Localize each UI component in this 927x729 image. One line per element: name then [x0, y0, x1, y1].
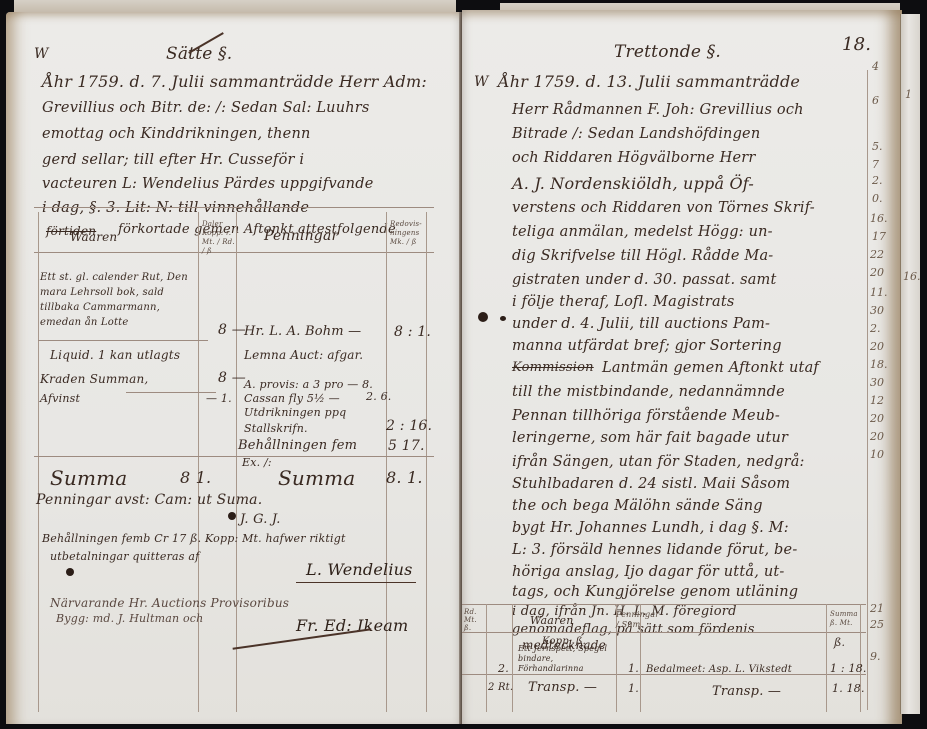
left-sum-value: 8 1. — [180, 468, 211, 487]
right-row-2-total: 1 : 18. — [830, 662, 867, 675]
margin-num: 21 — [870, 602, 884, 615]
left-row-6-payment: Stallskrifn. — [244, 422, 308, 435]
left-table-col-2 — [236, 212, 237, 712]
right-table-col-5 — [826, 604, 827, 712]
left-row-2-payment: Lemna Auct: afgar. — [244, 348, 364, 362]
right-line-10: i följe theraf, Lofl. Magistrats — [512, 294, 735, 310]
left-row-4-total: 2. 6. — [366, 390, 392, 403]
fore-edge-mark: 16. — [903, 270, 921, 283]
right-line-12: manna utfärdat bref; gjor Sortering — [512, 338, 782, 354]
ink-blot-1 — [228, 512, 236, 520]
left-table-header-waaren: Waaren — [70, 230, 117, 244]
left-row-3-amount: 8 — — [218, 370, 246, 386]
right-table-col-1 — [486, 604, 487, 712]
left-row-4-rule — [126, 392, 216, 393]
left-row-4-payment: Cassan fly 5½ — — [244, 392, 340, 405]
right-line-2: Herr Rådmannen F. Joh: Grevillius och — [512, 102, 804, 118]
right-line-5: A. J. Nordenskiöldh, uppå Öf- — [512, 174, 754, 193]
right-page: Trettonde §. 18. W Åhr 1759. d. 13. Juli… — [462, 10, 902, 724]
signature-wendelius: L. Wendelius — [306, 560, 413, 579]
right-line-17: ifrån Sängen, utan för Staden, nedgrå: — [512, 454, 805, 470]
left-row-2-item: Liquid. 1 kan utlagts — [50, 348, 180, 362]
margin-num: 4 — [872, 60, 879, 73]
left-row-3-payment: A. provis: a 3 pro — 8. — [244, 378, 373, 391]
margin-num: 30 — [870, 304, 884, 317]
margin-num: 20 — [870, 340, 884, 353]
left-line-7: förkortade gemen Aftonkt attestfolgende — [118, 222, 396, 237]
left-table-col-3 — [386, 212, 387, 712]
right-line-16: leringerne, som här fait bagade utur — [512, 430, 788, 446]
right-line-13: Lantmän gemen Aftonkt utaf — [602, 360, 819, 376]
right-sum-label: Summa — [278, 466, 355, 490]
margin-num: 25 — [870, 618, 884, 631]
right-sum-value: 8. 1. — [386, 468, 423, 487]
left-row-3-item: Kraden Summan, — [40, 372, 148, 386]
right-row-3-amount: 1. — [628, 682, 639, 695]
margin-num: 0. — [872, 192, 883, 205]
right-row-3-col0: 2 Rt. — [488, 682, 513, 693]
right-row-3-total: 1. 18. — [832, 682, 865, 695]
left-row-1-payment: Hr. L. A. Bohm — — [244, 324, 361, 339]
left-row-5-payment: Utdrikningen ppq — [244, 406, 346, 419]
left-page: W Sätte §. Åhr 1759. d. 7. Julii sammant… — [6, 12, 461, 724]
margin-num: 5. — [872, 140, 883, 153]
left-table-header-penningar: Penningar — [264, 228, 338, 244]
margin-num: 16. — [870, 212, 888, 225]
left-line-2: Grevillius och Bitr. de: /: Sedan Sal: L… — [42, 100, 370, 116]
left-sum-label: Summa — [50, 466, 127, 490]
right-line-23: tags, och Kungjörelse genom utläning — [512, 584, 798, 600]
right-table-col-2 — [512, 604, 513, 712]
left-line-6: i dag, §. 3. Lit: N: till vinnehållande — [42, 200, 309, 216]
margin-num: 20 — [870, 266, 884, 279]
left-table-header-redovisning: Redovis- ningens Mk. / ß — [390, 220, 426, 247]
right-row-3-payment: Transp. — — [712, 684, 781, 699]
ink-blot-4 — [500, 316, 506, 321]
left-row-1-total: 8 : 1. — [394, 324, 431, 340]
fore-edge-pages: 1 16. — [900, 14, 920, 714]
left-corner-mark: W — [34, 46, 49, 62]
fore-edge-mark: 1 — [905, 88, 912, 101]
margin-num: 2. — [870, 322, 881, 335]
left-table-col-0 — [38, 212, 39, 712]
closing-line-3: Behållningen femb Cr 17 ß. Kopp: Mt. haf… — [42, 532, 346, 545]
right-line-20: bygt Hr. Johannes Lundh, i dag §. M: — [512, 520, 789, 536]
right-struck-phrase: Kommission — [512, 360, 594, 375]
right-line-22: höriga anslag, Ijo dagar för uttå, ut- — [512, 564, 785, 580]
closing-line-2: J. G. J. — [240, 512, 281, 527]
right-line-9: gistraten under d. 30. passat. samt — [512, 272, 777, 288]
right-row-2-item: Ett Jernspett, Spegel bindare, Förhandla… — [518, 644, 614, 674]
margin-num: 10 — [870, 448, 884, 461]
right-table-header-penningar: Penningar / Sum — [616, 610, 656, 630]
closing-line-1: Penningar avst: Cam: ut Suma. — [36, 492, 262, 508]
right-row-1-total: ß. — [834, 636, 845, 649]
left-line-5: vacteuren L: Wendelius Pärdes uppgifvand… — [42, 176, 373, 192]
left-row-7-total: 5 17. — [388, 438, 425, 454]
margin-num: 30 — [870, 376, 884, 389]
right-line-6: verstens och Riddaren von Törnes Skrif- — [512, 200, 815, 216]
right-line-14: till the mistbindande, nedannämnde — [512, 384, 785, 400]
left-line-1: Åhr 1759. d. 7. Julii sammanträdde Herr … — [42, 72, 427, 91]
left-line-4: gerd sellar; till efter Hr. Cusseför i — [42, 152, 304, 168]
ink-blot-2 — [66, 568, 74, 576]
right-page-heading: Trettonde §. — [614, 42, 721, 62]
page-number: 18. — [842, 34, 871, 55]
right-row-3-item: Transp. — — [528, 680, 597, 695]
right-row-2-col0: 2. — [498, 662, 509, 675]
right-row-2-amount: 1. — [628, 662, 639, 675]
right-corner-mark: W — [474, 74, 489, 90]
margin-num: 9. — [870, 650, 881, 663]
right-table-header-rd: Rd. Mt. ß. — [464, 608, 486, 632]
left-table-top-rule — [34, 207, 434, 208]
left-row-1-item: Ett st. gl. calender Rut, Den mara Lehrs… — [40, 270, 198, 330]
right-line-21: L: 3. försäld hennes lidande förut, be- — [512, 542, 797, 558]
right-line-11: under d. 4. Julii, till auctions Pam- — [512, 316, 770, 332]
left-row-7-payment: Behållningen fem — [238, 438, 357, 453]
margin-num: 12 — [870, 394, 884, 407]
margin-num: 20 — [870, 412, 884, 425]
signature-flourish — [296, 582, 416, 583]
right-line-15: Pennan tillhöriga förstående Meub- — [512, 408, 780, 424]
right-line-19: the och bega Mälöhn sände Säng — [512, 498, 763, 514]
right-line-18: Stuhlbadaren d. 24 sistl. Maii Såsom — [512, 476, 790, 492]
left-row-1-rule — [38, 340, 208, 341]
right-table-top-rule — [462, 604, 866, 605]
margin-num: 20 — [870, 430, 884, 443]
right-table-header-rule — [462, 632, 866, 633]
margin-num: 2. — [872, 174, 883, 187]
margin-num: 18. — [870, 358, 888, 371]
right-line-3: Bitrade /: Sedan Landshöfdingen — [512, 126, 760, 142]
closing-line-7: Bygg: md. J. Hultman och — [56, 612, 203, 625]
margin-num: 17 — [872, 230, 886, 243]
right-line-4: och Riddaren Högvälborne Herr — [512, 150, 756, 166]
left-table-col-1 — [198, 212, 199, 712]
left-line-3: emottag och Kinddrikningen, thenn — [42, 126, 311, 142]
left-table-sum-rule — [34, 456, 434, 457]
left-table-col-4 — [426, 212, 427, 712]
left-row-4-item: Afvinst — [40, 392, 80, 405]
closing-line-4: utbetalningar quitteras af — [50, 550, 199, 563]
right-margin-rule — [867, 70, 868, 710]
margin-num: 7 — [872, 158, 879, 171]
right-line-1: Åhr 1759. d. 13. Julii sammanträdde — [498, 72, 800, 91]
right-line-7: teliga anmälan, medelst Högg: un- — [512, 224, 773, 240]
right-row-2-payment: Bedalmeet: Asp. L. Vikstedt — [646, 664, 792, 675]
left-row-8-payment: Ex. /: — [242, 456, 272, 469]
right-table-header-waaren: Waaren — [530, 614, 574, 627]
right-table-header-summa: Summa ß. Mt. — [830, 610, 862, 628]
left-table-header-daler: Daler Kopp: r. Mt. / Rd. / ß — [202, 220, 236, 256]
margin-num: 22 — [870, 248, 884, 261]
right-line-8: dig Skrifvelse till Högl. Rådde Ma- — [512, 248, 773, 264]
ink-blot-3 — [478, 312, 488, 322]
left-row-6-total: 2 : 16. — [386, 418, 432, 434]
margin-num: 6 — [872, 94, 879, 107]
left-row-4-amount: — 1. — [206, 392, 232, 405]
left-row-1-amount: 8 — — [218, 322, 246, 338]
margin-num: 11. — [870, 286, 888, 299]
closing-line-6: Närvarande Hr. Auctions Provisoribus — [50, 596, 289, 610]
